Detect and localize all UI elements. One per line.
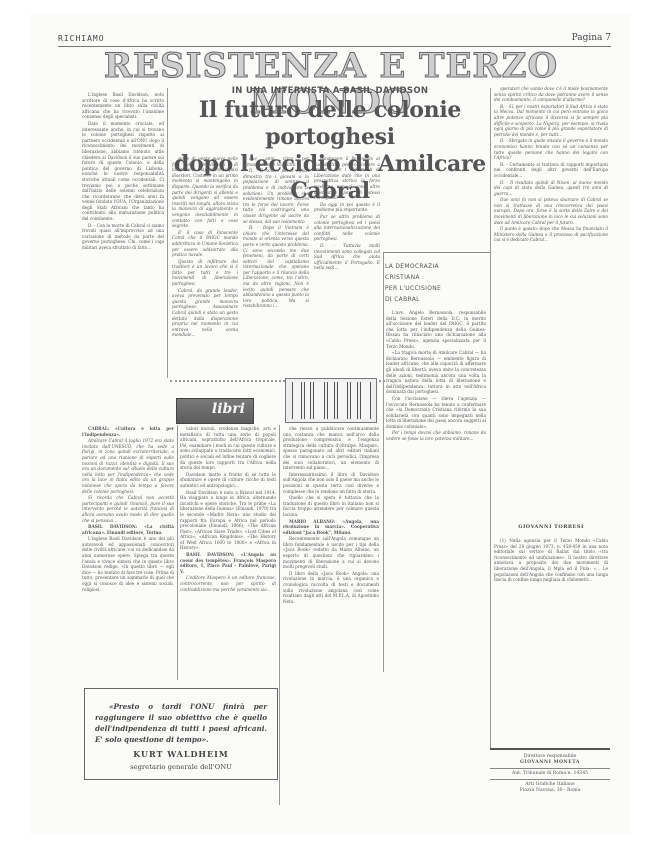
paragraph: D. - Il nostro paese infatti dimostra tr… — [243, 168, 309, 224]
book-heading: BASIL DAVIDSON: «L'Angola au coeur des t… — [180, 552, 276, 574]
divider — [490, 768, 610, 769]
footnote-column: (1) Nella agenzia per il Terzo Mondo «Ca… — [494, 538, 608, 744]
page-number: Pagina 7 — [572, 33, 611, 43]
registration: Aut. Tribunale di Roma n. 14345 — [490, 771, 610, 777]
book-heading: MARIO ALBANO: «Angola, una rivoluzione i… — [283, 519, 379, 536]
column-divider — [177, 425, 178, 680]
column-divider — [383, 252, 384, 672]
paragraph: R. - Dopo il Vietnam è chiaro che l'inte… — [243, 225, 309, 309]
paragraph: bandonare il Portogallo al suo destino p… — [314, 156, 380, 201]
intro-paragraph: L'inglese Basil Davidson, noto scrittore… — [82, 92, 164, 120]
paragraph: E' il caso di Innocente Camil che il PAI… — [172, 230, 238, 258]
pull-quote-author: KURT WALDHEIM — [85, 749, 277, 759]
article-kicker: IN UNA INTERVISTA A BASIL DAVIDSON — [185, 86, 475, 96]
intro-column: L'inglese Basil Davidson, noto scrittore… — [82, 92, 164, 382]
pull-quote-box: «Presto o tardi l'ONU finirà per raggiun… — [84, 688, 278, 780]
divider — [490, 779, 610, 780]
intro-paragraph: Dato il momento cruciale, ed interessant… — [82, 121, 164, 222]
paragraph: Interessantissimo il libro di Davidson s… — [283, 472, 379, 494]
column-divider — [490, 88, 491, 748]
interview-column-2: due anni circa per dimostrare che ha fal… — [243, 156, 309, 378]
paragraph: operatori che vanno dove c'è il miele bo… — [494, 86, 608, 103]
column-divider — [167, 88, 168, 378]
paragraph: due anni circa per dimostrare che ha fal… — [243, 156, 309, 167]
column-divider — [279, 425, 280, 805]
paragraph: Basil Davidson è nato a Bristol nel 1914… — [180, 490, 276, 552]
paragraph: Questo di infiltrare dei traditori è un … — [172, 259, 238, 287]
paragraph: L'editore Maspero è un editore francese,… — [180, 575, 276, 592]
interview-column-3-lower — [314, 252, 380, 378]
paragraph: valori morali, credenze magiche, arti e … — [180, 426, 276, 471]
sidebar-dc-title: LA DEMOCRAZIA CRISTIANA PER L'UCCISIONE … — [385, 261, 490, 305]
paragraph: Quello che si spera è tuttavia che la tr… — [283, 495, 379, 517]
title-line: PER L'UCCISIONE — [385, 283, 490, 294]
paragraph: sione di gente nuova nelle file dei movi… — [172, 156, 238, 229]
paragraph: Due anni fa non si poteva sbarcare di Ca… — [494, 197, 608, 225]
book-heading: BASIL DAVIDSON: «La civiltà africana». E… — [82, 524, 174, 535]
paragraph: Per i tempi dovrei che abbiamo, rimane d… — [386, 430, 486, 441]
libri-column-2: valori morali, credenze magiche, arti e … — [180, 426, 276, 681]
libri-label: libri — [212, 401, 245, 417]
box-top-rule — [383, 252, 490, 253]
paragraph: Da oggi in poi questo è il problema più … — [314, 202, 380, 213]
paragraph: L'avv. Angelo Bernassola, responsabile d… — [386, 310, 486, 349]
paragraph: Recentemente sull'Angola comunque un lib… — [283, 536, 379, 570]
sidebar-dc-body: L'avv. Angelo Bernassola, responsabile d… — [386, 310, 486, 670]
interview-column-1: sione di gente nuova nelle file dei movi… — [172, 156, 238, 378]
title-line: LA DEMOCRAZIA — [385, 261, 490, 272]
paragraph: Si ricorda che Cabral non accettò partec… — [82, 495, 174, 523]
paragraph: Cabral, da grande leader, aveva prevenut… — [172, 288, 238, 338]
paragraph: che riesce a pubblicare continuamente un… — [283, 426, 379, 471]
paragraph: Il libro della «Jaca Book» Angola: una r… — [283, 571, 379, 605]
paragraph: Amilcare Cabral il luglio 1972 era stato… — [82, 438, 174, 494]
paragraph: R. - Sì, per i nostri esportatori il Sud… — [494, 104, 608, 138]
paragraph: Il punto è questo: dopo che Mosca ha fin… — [494, 226, 608, 243]
imprint-rule — [490, 748, 610, 750]
paragraph: D. - Sbrigato in quale misura il governo… — [494, 138, 608, 160]
libri-column-1: CABRAL: «Cultura e lotta per l'indipende… — [82, 426, 174, 681]
libri-column-3: che riesce a pubblicare continuamente un… — [283, 426, 379, 806]
headline-line-1: Il futuro delle colonie portoghesi — [170, 97, 490, 151]
interview-column-4: operatori che vanno dove c'è il miele bo… — [494, 86, 608, 506]
imprint: Direttore responsabile GIOVANNI MONETA A… — [490, 754, 610, 794]
paragraph: Con l'uccisione — rileva l'agenzia — l'a… — [386, 396, 486, 430]
intro-paragraph: D. - Con la morte di Cabral ci siamo tro… — [82, 223, 164, 251]
right-signature: GIOVANNI TORRESI — [494, 524, 608, 530]
books-illustration — [285, 378, 377, 423]
book-heading: CABRAL: «Cultura e lotta per l'indipende… — [82, 426, 174, 437]
footnote: (1) Nella agenzia per il Terzo Mondo «Ca… — [494, 538, 608, 583]
paragraph: L'inglese Basil Davidson è uno dei più a… — [82, 536, 174, 592]
paragraph: R. - Certamente si trattava di rapporti … — [494, 162, 608, 179]
running-header: RICHIAMO Pagina 7 — [58, 32, 611, 47]
paragraph: Pur se altro problema di colonie portogh… — [314, 214, 380, 242]
paragraph: «La tragica morte di Amilcare Cabral — h… — [386, 350, 486, 395]
publication-name: RICHIAMO — [58, 34, 105, 43]
pull-quote-text: «Presto o tardi l'ONU finirà per raggiun… — [95, 701, 267, 745]
title-line: DI CABRAL — [385, 294, 490, 305]
paragraph: D. - Il risultato quindi di Nixon, al nu… — [494, 180, 608, 197]
pull-quote-role: segretario generale dell'ONU — [85, 763, 277, 771]
libri-banner: libri — [176, 398, 254, 424]
director-name: GIOVANNI MONETA — [490, 760, 610, 766]
paragraph: Davidson mette a fronte di sé tutte le s… — [180, 472, 276, 489]
printer-address: Piazza Navona, 30 - Roma — [490, 788, 610, 794]
title-line: CRISTIANA — [385, 272, 490, 283]
